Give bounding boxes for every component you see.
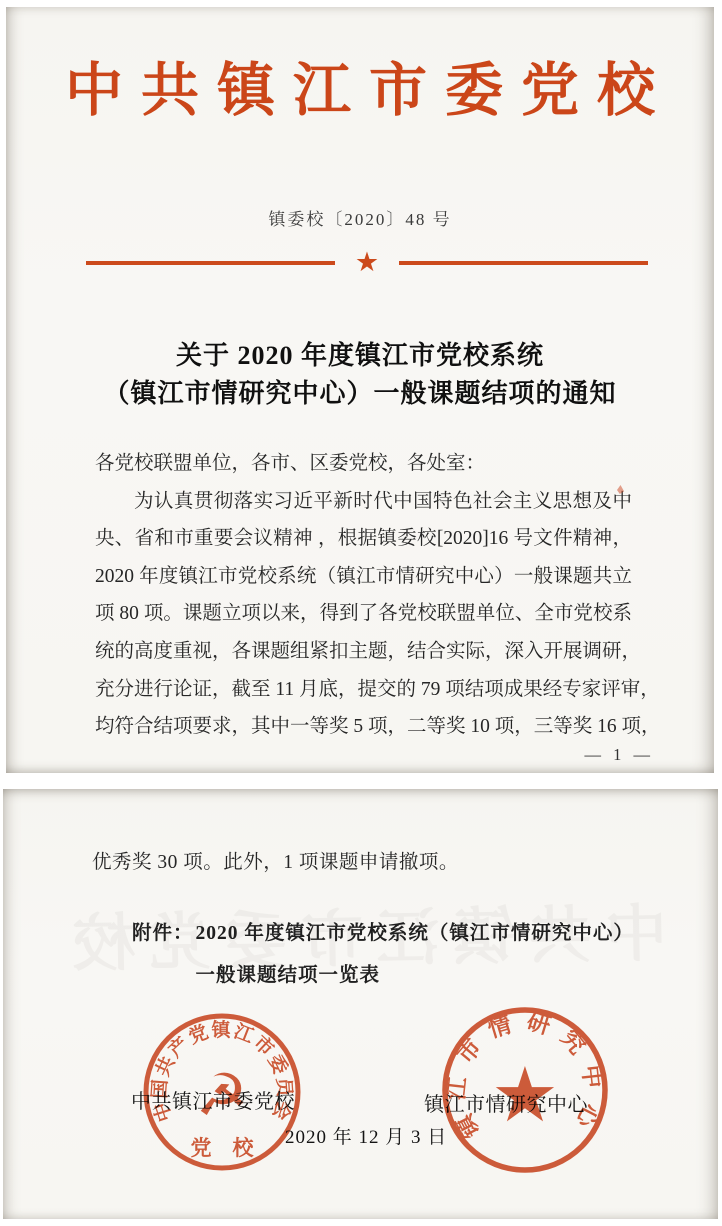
body-line: 充分进行论证，截至 11 月底，提交的 79 项结项成果经专家评审， [95,671,632,709]
document-title-line-1: 关于 2020 年度镇江市党校系统 [6,337,714,375]
document-title-line-2: （镇江市情研究中心）一般课题结项的通知 [6,375,714,413]
star-icon: ★ [491,1050,559,1139]
star-icon: ★ [355,249,379,276]
document-number: 镇委校〔2020〕48 号 [6,205,714,230]
attachment-content: 2020 年度镇江市党校系统（镇江市情研究中心） 一般课题结项一览表 [196,913,634,997]
body-line: 均符合结项要求，其中一等奖 5 项，二等奖 10 项，三等奖 16 项， [95,708,632,746]
body-line: 各党校联盟单位，各市、区委党校，各处室： [95,445,632,483]
official-seal-party-committee: 中国共产党镇江市委员会 ☭ 党 校 [132,1002,312,1182]
hammer-sickle-icon: ☭ [196,1061,248,1129]
page-2: 中共镇江市委党校 优秀奖 30 项。此外，1 项课题申请撤项。 附件： 2020… [3,789,718,1219]
body-line: 央、省和市重要会议精神 ，根据镇委校[2020]16 号文件精神， [95,520,632,558]
attachment-note: 附件： 2020 年度镇江市党校系统（镇江市情研究中心） 一般课题结项一览表 [132,913,634,997]
body-paragraph-page-1: 各党校联盟单位，各市、区委党校，各处室： 为认真贯彻落实习近平新时代中国特色社会… [95,445,632,746]
body-line-page-2: 优秀奖 30 项。此外，1 项课题申请撤项。 [92,846,459,874]
red-separator-rule: ★ [86,247,648,279]
attachment-label: 附件： [132,913,194,997]
page-1: 中共镇江市委党校 镇委校〔2020〕48 号 ★ 关于 2020 年度镇江市党校… [6,7,714,773]
red-line-left [86,261,335,265]
official-seal-research-center: 镇江市情研究中心 ★ [430,995,620,1185]
attachment-line-1: 2020 年度镇江市党校系统（镇江市情研究中心） [196,913,634,955]
document-title: 关于 2020 年度镇江市党校系统 （镇江市情研究中心）一般课题结项的通知 [6,337,714,413]
seal-bottom-text: 党 校 [191,1136,255,1160]
scanned-official-document: 中共镇江市委党校 镇委校〔2020〕48 号 ★ 关于 2020 年度镇江市党校… [0,0,722,1226]
body-line: 2020 年度镇江市党校系统（镇江市情研究中心）一般课题共立 [95,558,632,596]
page-number: — 1 — [585,745,655,765]
body-line: 统的高度重视，各课题组紧扣主题，结合实际，深入开展调研， [95,633,632,671]
red-line-right [399,261,648,265]
body-line: 项 80 项。课题立项以来，得到了各党校联盟单位、全市党校系 [95,595,632,633]
body-line: 为认真贯彻落实习近平新时代中国特色社会主义思想及中 [95,483,632,521]
letterhead-title: 中共镇江市委党校 [6,43,714,127]
attachment-line-2: 一般课题结项一览表 [196,955,634,997]
